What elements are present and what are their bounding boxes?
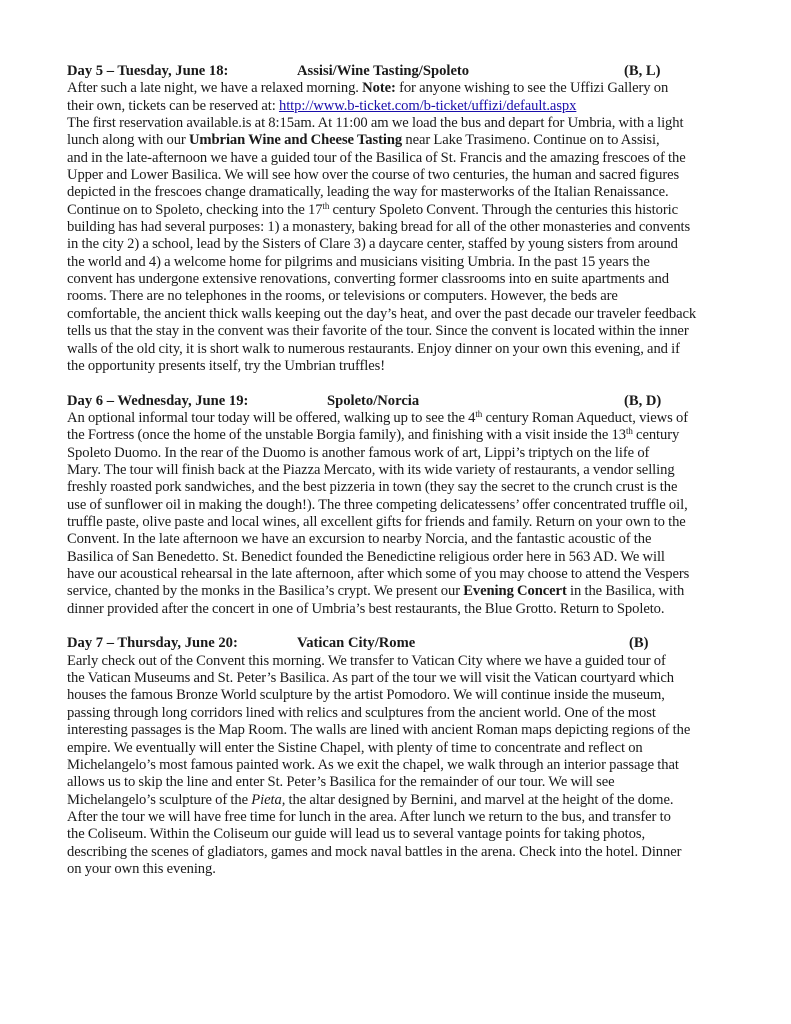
day-date: Day 7 – Thursday, June 20: <box>67 635 238 652</box>
text-line: Spoleto Duomo. In the rear of the Duomo … <box>67 445 747 462</box>
text-line: convent has undergone extensive renovati… <box>67 271 747 288</box>
text: Michelangelo’s sculpture of the <box>67 792 251 808</box>
text-line: After the tour we will have free time fo… <box>67 809 747 826</box>
day-6-description: An optional informal tour today will be … <box>67 410 747 618</box>
day-6-header: Day 6 – Wednesday, June 19: Spoleto/Norc… <box>67 393 747 410</box>
text-line: The first reservation available.is at 8:… <box>67 115 747 132</box>
day-destination: Vatican City/Rome <box>297 635 415 652</box>
text-line: describing the scenes of gladiators, gam… <box>67 844 747 861</box>
wine-tasting-highlight: Umbrian Wine and Cheese Tasting <box>189 132 402 148</box>
text-line: empire. We eventually will enter the Sis… <box>67 740 747 757</box>
text-line: the world and 4) a welcome home for pilg… <box>67 254 747 271</box>
day-destination: Spoleto/Norcia <box>327 393 419 410</box>
day-7-section: Day 7 – Thursday, June 20: Vatican City/… <box>67 635 747 878</box>
text-line: interesting passages is the Map Room. Th… <box>67 722 747 739</box>
evening-concert-highlight: Evening Concert <box>463 583 567 599</box>
text-line: Basilica of San Benedetto. St. Benedict … <box>67 549 747 566</box>
text: service, chanted by the monks in the Bas… <box>67 583 463 599</box>
text: After such a late night, we have a relax… <box>67 80 362 96</box>
text: near Lake Trasimeno. Continue on to Assi… <box>402 132 659 148</box>
text-line: passing through long corridors lined wit… <box>67 705 747 722</box>
text-line: in the city 2) a school, lead by the Sis… <box>67 236 747 253</box>
day-meals: (B, L) <box>624 63 660 80</box>
text: century Spoleto Convent. Through the cen… <box>329 202 678 218</box>
day-meals: (B) <box>629 635 648 652</box>
text-line: the opportunity presents itself, try the… <box>67 358 747 375</box>
text-line: rooms. There are no telephones in the ro… <box>67 288 747 305</box>
day-7-description: Early check out of the Convent this morn… <box>67 653 747 878</box>
text: An optional informal tour today will be … <box>67 410 475 426</box>
day-5-section: Day 5 – Tuesday, June 18: Assisi/Wine Ta… <box>67 63 747 375</box>
text-line: dinner provided after the concert in one… <box>67 601 747 618</box>
note-label: Note: <box>362 80 396 96</box>
text-line: tells us that the stay in the convent wa… <box>67 323 747 340</box>
text-line: Mary. The tour will finish back at the P… <box>67 462 747 479</box>
day-date: Day 5 – Tuesday, June 18: <box>67 63 228 80</box>
text-line: building has had several purposes: 1) a … <box>67 219 747 236</box>
text: their own, tickets can be reserved at: <box>67 98 279 114</box>
text: lunch along with our <box>67 132 189 148</box>
text-line: depicted in the frescoes change dramatic… <box>67 184 747 201</box>
text-line: Michelangelo’s most famous painted work.… <box>67 757 747 774</box>
text: in the Basilica, with <box>567 583 684 599</box>
text-line: and in the late-afternoon we have a guid… <box>67 150 747 167</box>
text: for anyone wishing to see the Uffizi Gal… <box>396 80 668 96</box>
text: the altar designed by Bernini, and marve… <box>285 792 673 808</box>
text-line: Convent. In the late afternoon we have a… <box>67 531 747 548</box>
text-line: the Vatican Museums and St. Peter’s Basi… <box>67 670 747 687</box>
text-line: on your own this evening. <box>67 861 747 878</box>
day-5-header: Day 5 – Tuesday, June 18: Assisi/Wine Ta… <box>67 63 747 80</box>
text-line: comfortable, the ancient thick walls kee… <box>67 306 747 323</box>
day-6-section: Day 6 – Wednesday, June 19: Spoleto/Norc… <box>67 393 747 618</box>
day-5-description: After such a late night, we have a relax… <box>67 80 747 375</box>
text: the Fortress (once the home of the unsta… <box>67 427 626 443</box>
text-line: the Coliseum. Within the Coliseum our gu… <box>67 826 747 843</box>
text: Continue on to Spoleto, checking into th… <box>67 202 322 218</box>
text: century <box>633 427 679 443</box>
day-meals: (B, D) <box>624 393 661 410</box>
text-line: allows us to skip the line and enter St.… <box>67 774 747 791</box>
text-line: walls of the old city, it is short walk … <box>67 341 747 358</box>
text-line: use of sunflower oil in making the dough… <box>67 497 747 514</box>
text-line: freshly roasted pork sandwiches, and the… <box>67 479 747 496</box>
text-line: houses the famous Bronze World sculpture… <box>67 687 747 704</box>
pieta-title: Pieta, <box>251 792 285 808</box>
day-7-header: Day 7 – Thursday, June 20: Vatican City/… <box>67 635 747 652</box>
text-line: truffle paste, olive paste and local win… <box>67 514 747 531</box>
text: century Roman Aqueduct, views of <box>482 410 688 426</box>
ordinal-suffix: th <box>626 426 633 436</box>
text-line: Early check out of the Convent this morn… <box>67 653 747 670</box>
text-line: Upper and Lower Basilica. We will see ho… <box>67 167 747 184</box>
day-destination: Assisi/Wine Tasting/Spoleto <box>297 63 469 80</box>
itinerary-page: Day 5 – Tuesday, June 18: Assisi/Wine Ta… <box>67 63 747 896</box>
day-date: Day 6 – Wednesday, June 19: <box>67 393 248 410</box>
text-line: have our acoustical rehearsal in the lat… <box>67 566 747 583</box>
uffizi-ticket-link[interactable]: http://www.b-ticket.com/b-ticket/uffizi/… <box>279 98 576 114</box>
